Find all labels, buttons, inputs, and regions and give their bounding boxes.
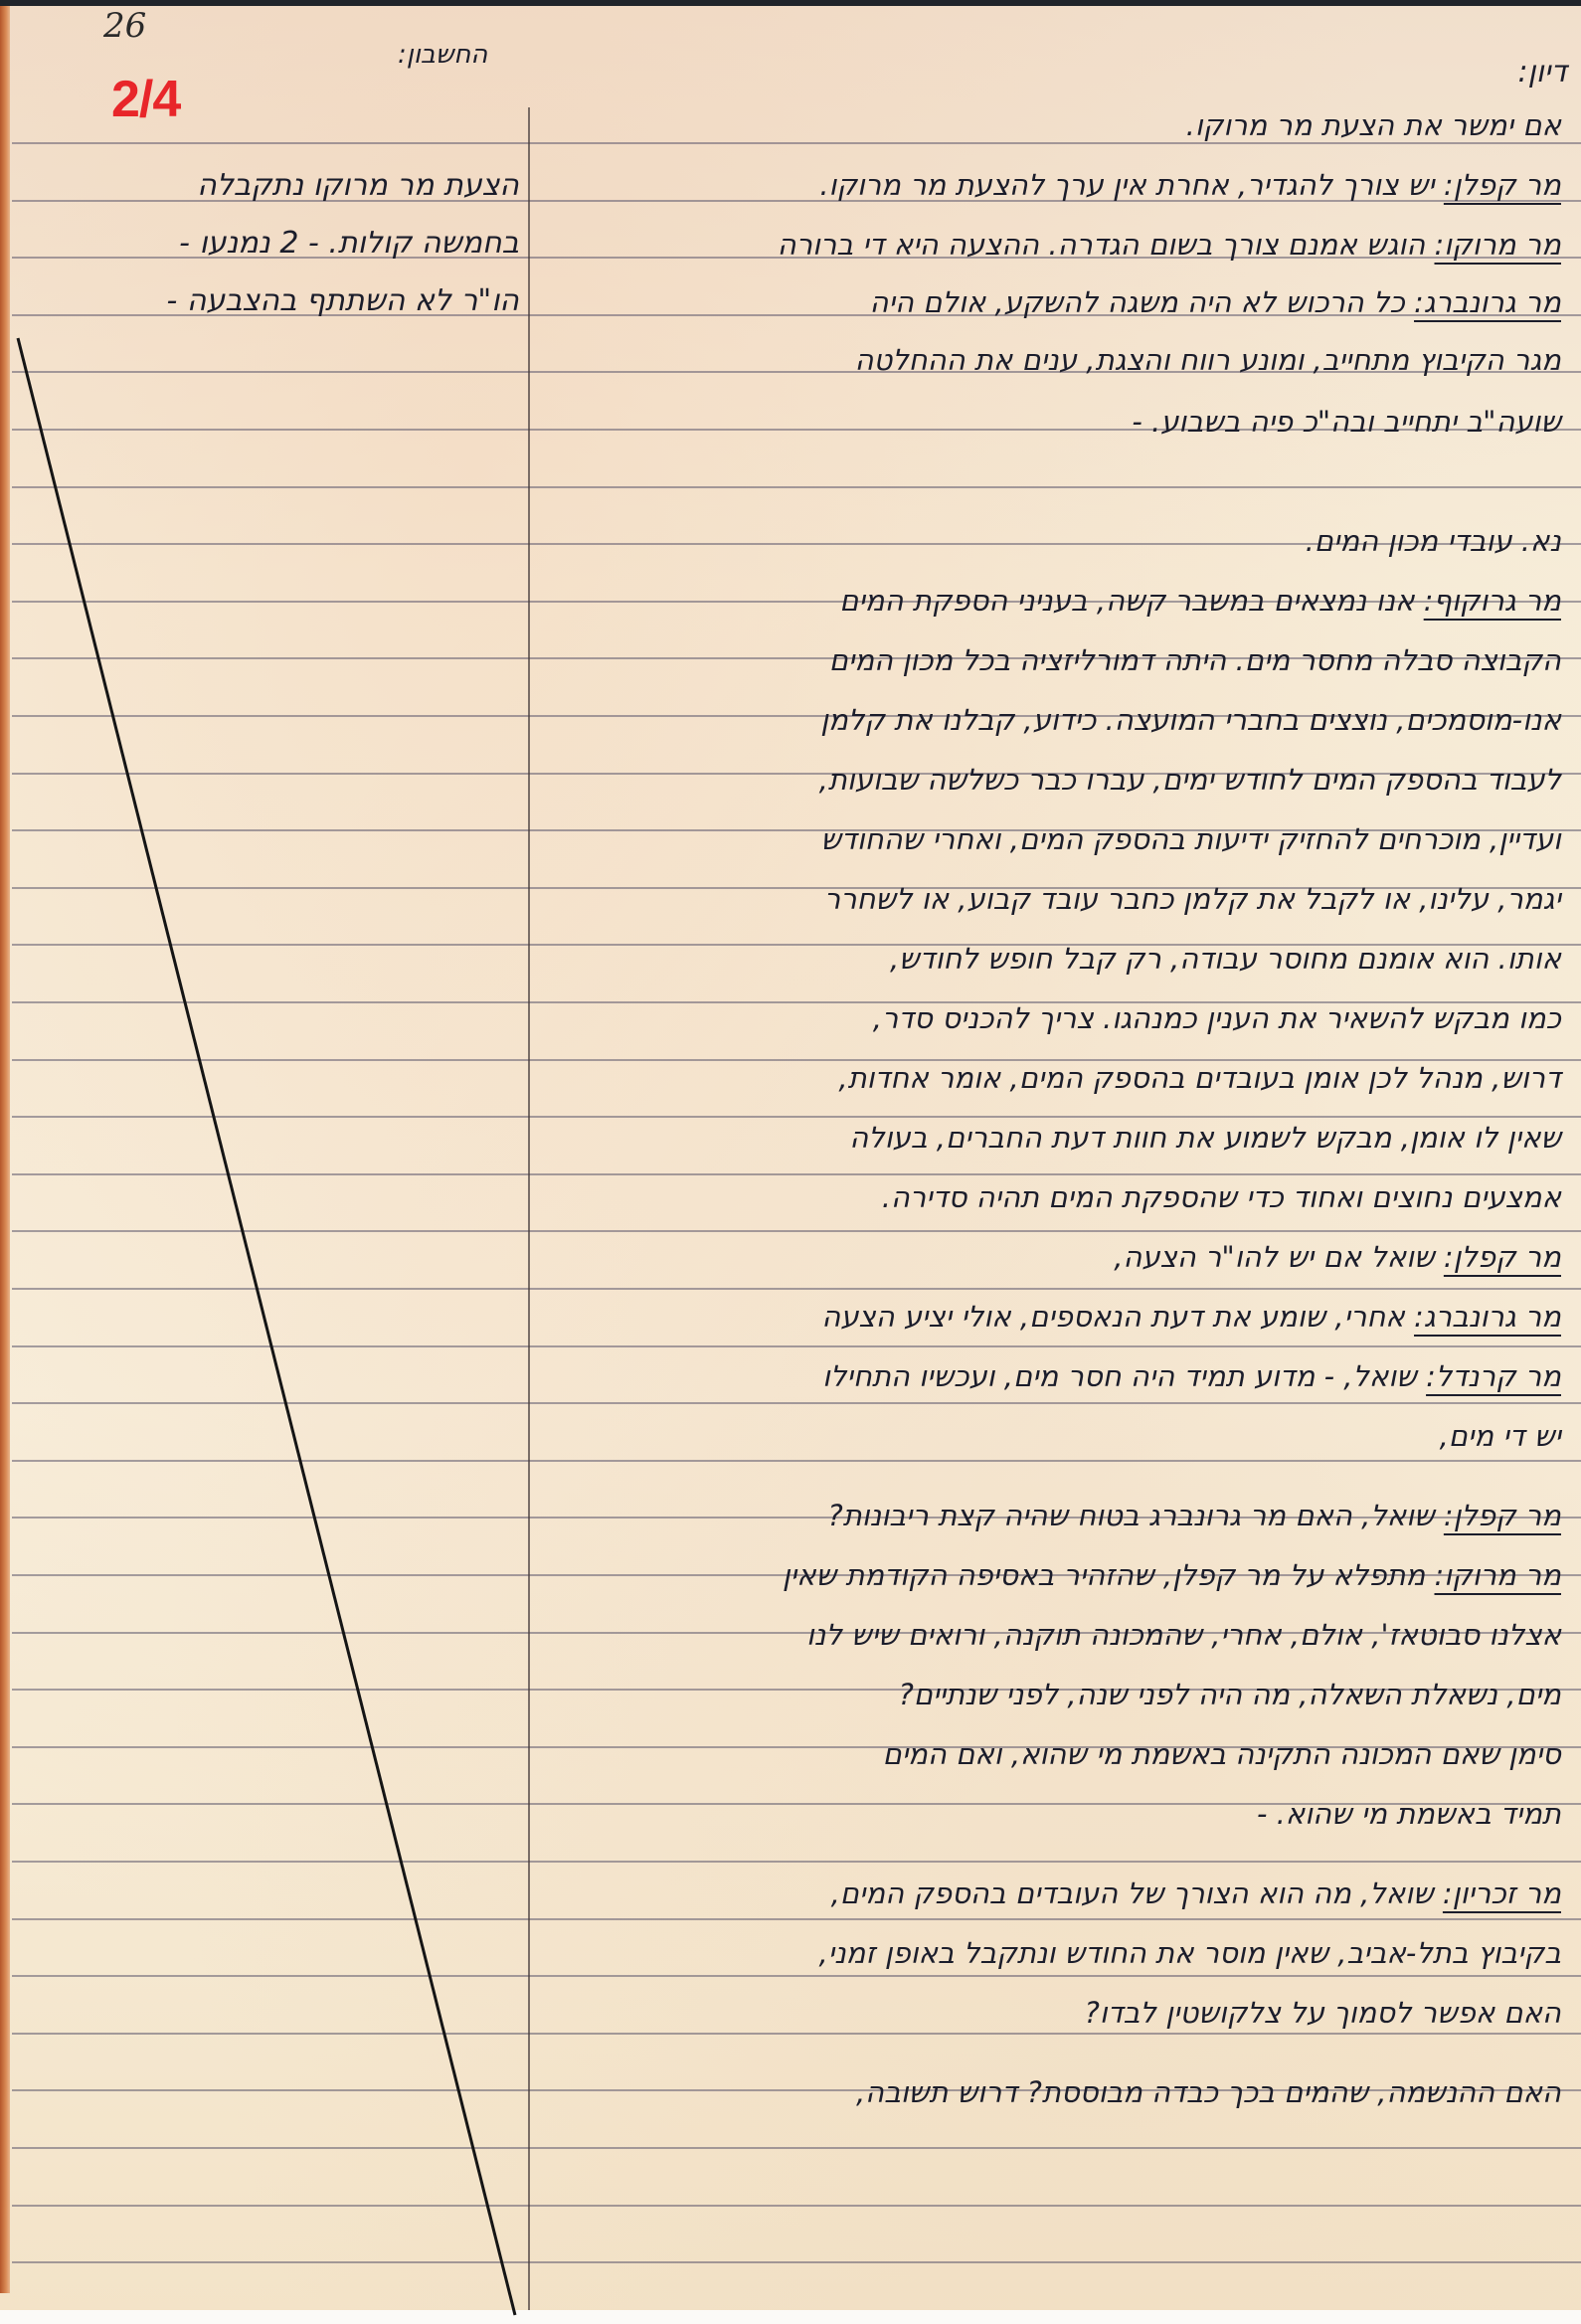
scan-bottom-edge — [0, 2310, 1581, 2324]
text-line: ועדיין, מוכרחים להחזיק ידיעות בהספק המים… — [821, 825, 1561, 854]
text-line: מר זכריון: שואל, מה הוא הצורך של העובדים… — [831, 1879, 1561, 1908]
line-text: יש די מים, — [1440, 1419, 1561, 1453]
speaker-name: מר קפלן: — [1444, 1499, 1561, 1532]
ruled-line — [12, 1918, 1581, 1920]
text-line: יש די מים, — [1440, 1422, 1561, 1451]
text-line: מר גרוקוף: אנו נמצאים במשבר קשה, בעניני … — [839, 587, 1561, 616]
text-line: נא. עובדי מכון המים. — [1306, 527, 1561, 556]
text-line: אמצעים נחוצים ואחוד כדי שהספקת המים תהיה… — [882, 1183, 1561, 1212]
text-line: מים, נשאלת השאלה, מה היה לפני שנה, לפני … — [898, 1681, 1561, 1709]
line-text: אחרי, שומע את דעת הנאספים, אולי יציע הצע… — [821, 1300, 1404, 1334]
text-line: בקיבוץ בתל-אביב, שאין מוסר את החודש ונתק… — [818, 1939, 1561, 1968]
ruled-line — [12, 1230, 1581, 1232]
text-line: שועה"ב יתחייב ובה"כ פיה בשבוע. - — [1132, 408, 1561, 437]
text-line: יגמר, עלינו, או לקבל את קלמן כחבר עובד ק… — [824, 885, 1561, 914]
text-line: האם אפשר לסמוך על צלקושטין לבדו? — [1085, 1999, 1561, 2028]
line-text: מתפלא על מר קפלן, שהזהיר באסיפה הקודמת ש… — [783, 1558, 1425, 1592]
notebook-page: 26 2/4 החשבון: דיון: הצעת מר מרוקו נתקבל… — [0, 0, 1581, 2324]
line-text: דרוש, מנהל לכן אומן בעובדים בהספק המים, … — [838, 1061, 1561, 1095]
line-text: יש צורך להגדיר, אחרת אין ערך להצעת מר מר… — [819, 168, 1434, 202]
line-text: ועדיין, מוכרחים להחזיק ידיעות בהספק המים… — [821, 822, 1561, 856]
speaker-name: מר גרונברג: — [1414, 285, 1561, 319]
page-number: 26 — [103, 6, 146, 46]
ruled-line — [12, 1116, 1581, 1118]
text-line: דרוש, מנהל לכן אומן בעובדים בהספק המים, … — [838, 1064, 1561, 1093]
text-line: תמיד באשמת מי שהוא. - — [1257, 1800, 1561, 1829]
speaker-name: מר מרוקו: — [1435, 1558, 1562, 1592]
ruled-line — [12, 1288, 1581, 1290]
text-line: מר קפלן: שואל אם יש להו"ר הצעה, — [1114, 1243, 1561, 1272]
text-line: שאין לו אומן, מבקש לשמוע את חוות דעת החב… — [849, 1124, 1561, 1153]
text-line: מר מרוקו: הוגש אמנם צורך בשום הגדרה. ההצ… — [778, 231, 1561, 260]
line-text: שועה"ב יתחייב ובה"כ פיה בשבוע. - — [1132, 405, 1561, 439]
line-text: יגמר, עלינו, או לקבל את קלמן כחבר עובד ק… — [824, 882, 1561, 916]
ruled-line — [12, 1402, 1581, 1404]
line-text: האם ההנשמה, שהמים בכך כבדה מבוססת? דרוש … — [856, 2075, 1561, 2109]
text-line: מר גרונברג: כל הרכוש לא היה משגה להשקע, … — [870, 288, 1561, 317]
ruled-line — [12, 2205, 1581, 2207]
ruled-line — [12, 1173, 1581, 1175]
line-text: מגר הקיבוץ מתחייב, ומונע רווח והצגת, עני… — [855, 343, 1561, 377]
text-line: מר קרנדל: שואל, - מדוע תמיד היה חסר מים,… — [822, 1362, 1561, 1391]
line-text: אותו. הוא אומנם מחוסר עבודה, רק קבל חופש… — [890, 942, 1561, 976]
margin-line — [528, 107, 530, 2310]
text-line: אם ימשר את הצעת מר מרוקו. — [1186, 111, 1561, 140]
line-text: הקבוצה סבלה מחסר מים. היתה דמורליזציה בכ… — [829, 643, 1561, 677]
notebook-binding-strip — [0, 6, 10, 2293]
ruled-line — [12, 486, 1581, 488]
line-text: אמצעים נחוצים ואחוד כדי שהספקת המים תהיה… — [882, 1180, 1561, 1214]
text-line: מר גרונברג: אחרי, שומע את דעת הנאספים, א… — [821, 1303, 1561, 1332]
ruled-line — [12, 1460, 1581, 1462]
text-line: סימן שאם המכונה התקינה באשמת מי שהוא, וא… — [883, 1740, 1561, 1769]
ruled-line — [12, 2033, 1581, 2035]
line-text: תמיד באשמת מי שהוא. - — [1257, 1797, 1561, 1831]
line-text: אנו-מוסמכים, נוצצים בחברי המועצה. כידוע,… — [820, 703, 1561, 737]
line-text: כמו מבקש להשאיר את הענין כמנהגו. צריך לה… — [873, 1001, 1561, 1035]
side-note-line: הו"ר לא השתתף בהצבעה - — [166, 286, 519, 316]
line-text: אצלנו סבוטאז', אולם, אחרי, שהמכונה תוקנה… — [806, 1618, 1561, 1652]
line-text: שאין לו אומן, מבקש לשמוע את חוות דעת החב… — [849, 1121, 1561, 1155]
speaker-name: מר קרנדל: — [1426, 1359, 1561, 1393]
speaker-name: מר זכריון: — [1443, 1877, 1561, 1910]
speaker-name: מר גרונברג: — [1414, 1300, 1561, 1334]
speaker-name: מר מרוקו: — [1435, 228, 1562, 262]
line-text: מים, נשאלת השאלה, מה היה לפני שנה, לפני … — [898, 1678, 1561, 1711]
line-text: כל הרכוש לא היה משגה להשקע, אולם היה — [870, 285, 1405, 319]
text-line: אותו. הוא אומנם מחוסר עבודה, רק קבל חופש… — [890, 945, 1561, 974]
line-text: נא. עובדי מכון המים. — [1306, 524, 1561, 558]
scan-top-edge — [0, 0, 1581, 6]
speaker-name: מר קפלן: — [1444, 1240, 1561, 1274]
ruled-line — [12, 2261, 1581, 2263]
ruled-line — [12, 2147, 1581, 2149]
ruled-line — [12, 1345, 1581, 1347]
text-line: הקבוצה סבלה מחסר מים. היתה דמורליזציה בכ… — [829, 646, 1561, 675]
text-line: האם ההנשמה, שהמים בכך כבדה מבוססת? דרוש … — [856, 2078, 1561, 2107]
ruled-line — [12, 1861, 1581, 1863]
line-text: לעבוד בהספק המים לחודש ימים, עברו כבר כש… — [819, 763, 1561, 797]
line-text: הוגש אמנם צורך בשום הגדרה. ההצעה היא די … — [778, 228, 1425, 262]
text-line: כמו מבקש להשאיר את הענין כמנהגו. צריך לה… — [873, 1004, 1561, 1033]
line-text: שואל, האם מר גרונברג בטוח שהיה קצת ריבונ… — [827, 1499, 1434, 1532]
text-line: מר קפלן: יש צורך להגדיר, אחרת אין ערך לה… — [819, 171, 1561, 200]
ruled-line — [12, 1975, 1581, 1977]
heading-left: החשבון: — [398, 42, 487, 68]
text-line: אצלנו סבוטאז', אולם, אחרי, שהמכונה תוקנה… — [806, 1621, 1561, 1650]
line-text: שואל, - מדוע תמיד היה חסר מים, ועכשיו הת… — [822, 1359, 1417, 1393]
line-text: סימן שאם המכונה התקינה באשמת מי שהוא, וא… — [883, 1737, 1561, 1771]
line-text: אנו נמצאים במשבר קשה, בעניני הספקת המים — [839, 584, 1414, 618]
heading-right: דיון: — [1517, 58, 1567, 88]
speaker-name: מר קפלן: — [1444, 168, 1561, 202]
text-line: לעבוד בהספק המים לחודש ימים, עברו כבר כש… — [819, 766, 1561, 795]
text-line: מר קפלן: שואל, האם מר גרונברג בטוח שהיה … — [827, 1502, 1561, 1530]
speaker-name: מר גרוקוף: — [1424, 584, 1561, 618]
side-note-line: בחמשה קולות. - 2 נמנעו - — [179, 229, 519, 259]
line-text: שואל אם יש להו"ר הצעה, — [1114, 1240, 1434, 1274]
line-text: בקיבוץ בתל-אביב, שאין מוסר את החודש ונתק… — [818, 1936, 1561, 1970]
part-label: 2/4 — [111, 70, 180, 129]
ruled-line — [12, 142, 1581, 144]
line-text: האם אפשר לסמוך על צלקושטין לבדו? — [1085, 1996, 1561, 2030]
text-line: מר מרוקו: מתפלא על מר קפלן, שהזהיר באסיפ… — [783, 1561, 1561, 1590]
text-line: מגר הקיבוץ מתחייב, ומונע רווח והצגת, עני… — [855, 346, 1561, 375]
text-line: אנו-מוסמכים, נוצצים בחברי המועצה. כידוע,… — [820, 706, 1561, 735]
line-text: אם ימשר את הצעת מר מרוקו. — [1186, 108, 1561, 142]
line-text: שואל, מה הוא הצורך של העובדים בהספק המים… — [831, 1877, 1434, 1910]
side-note-line: הצעת מר מרוקו נתקבלה — [197, 171, 519, 201]
